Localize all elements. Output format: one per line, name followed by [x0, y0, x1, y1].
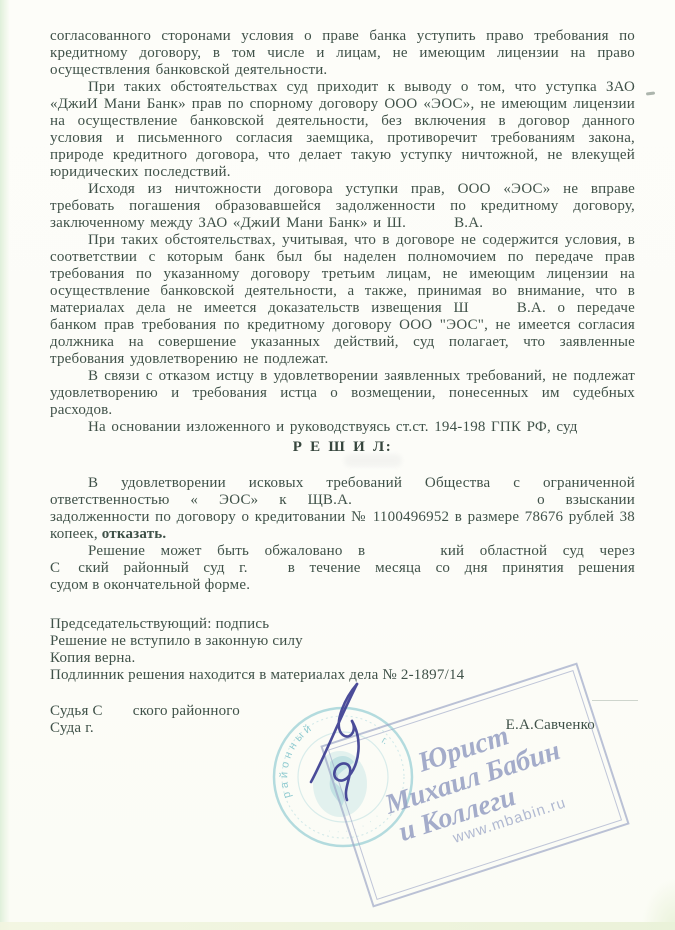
court-name-rest: ский районный суд г. [78, 560, 248, 576]
redaction-gap [352, 503, 537, 504]
not-in-force-line: Решение не вступило в законную силу [50, 633, 635, 650]
appeal-text-2: кий областной суд через [440, 543, 635, 559]
signature-stroke-tail [334, 721, 358, 800]
paragraph-nullity: Исходя из ничтожности договора уступки п… [50, 181, 635, 232]
judge-title-line-2: Суда г. [50, 720, 240, 737]
ruling-heading: Р Е Ш И Л: [50, 439, 635, 456]
ruling-kopecks: копеек, [50, 526, 102, 542]
ruling-refuse-word: отказать. [102, 526, 167, 542]
redaction-gap [60, 571, 78, 572]
ruling-block: В удовлетворении исковых требований Обще… [50, 475, 635, 543]
decision-text: согласованного сторонами условия о праве… [50, 28, 635, 737]
ruling-respondent: ответственностью « ЭОС» к ЩВ.А. [50, 492, 352, 508]
paragraph-costs: В связи с отказом истцу в удовлетворении… [50, 368, 635, 419]
paragraph-conclusion: При таких обстоятельствах суд приходит к… [50, 79, 635, 181]
scanned-court-decision-page: согласованного сторонами условия о праве… [0, 0, 675, 930]
court-name-initial: С [50, 560, 60, 576]
judge-title: Судья Сского районного Суда г. [50, 703, 240, 737]
scan-artifact [646, 91, 655, 95]
redaction-gap [103, 714, 133, 715]
appeal-term: в течение месяца со дня принятия решения [288, 560, 635, 576]
ruling-line-4: копеек, отказать. [50, 526, 635, 543]
judge-court: ского районного [133, 703, 240, 719]
paragraph-reasoning: При таких обстоятельствах, учитывая, что… [50, 232, 635, 368]
appeal-block: Решение может быть обжаловано вкий облас… [50, 543, 635, 594]
scan-edge-left [0, 0, 10, 930]
ruling-line-1: В удовлетворении исковых требований Обще… [50, 475, 635, 492]
redaction-gap [248, 571, 288, 572]
redaction-gap [469, 311, 517, 312]
scan-edge-corner [641, 878, 675, 930]
ruling-claim: о взыскании [537, 492, 635, 508]
paragraph-legal-basis: На основании изложенного и руководствуяс… [50, 419, 635, 436]
appeal-line-2: Сский районный суд г.в течение месяца со… [50, 560, 635, 577]
judge-title-line-1: Судья Сского районного [50, 703, 240, 720]
judge-word: Судья С [50, 703, 103, 719]
copy-true-line: Копия верна. [50, 650, 635, 667]
presiding-line: Председательствующий: подпись [50, 616, 635, 633]
ruling-line-2: ответственностью « ЭОС» к ЩВ.А.о взыскан… [50, 492, 635, 509]
paragraph-nullity-text: Исходя из ничтожности договора уступки п… [50, 181, 635, 231]
redaction-gap [365, 554, 440, 555]
scan-edge-bottom [0, 922, 675, 930]
redaction-gap [406, 226, 454, 227]
appeal-line-3: судом в окончательной форме. [50, 577, 635, 594]
defendant-initials: В.А. [454, 215, 483, 231]
ruling-line-3: задолженности по договору о кредитовании… [50, 509, 635, 526]
appeal-text-1: Решение может быть обжаловано в [88, 543, 365, 559]
paragraph-continuation: согласованного сторонами условия о праве… [50, 28, 635, 79]
handwritten-signature [303, 676, 383, 804]
appeal-line-1: Решение может быть обжаловано вкий облас… [50, 543, 635, 560]
